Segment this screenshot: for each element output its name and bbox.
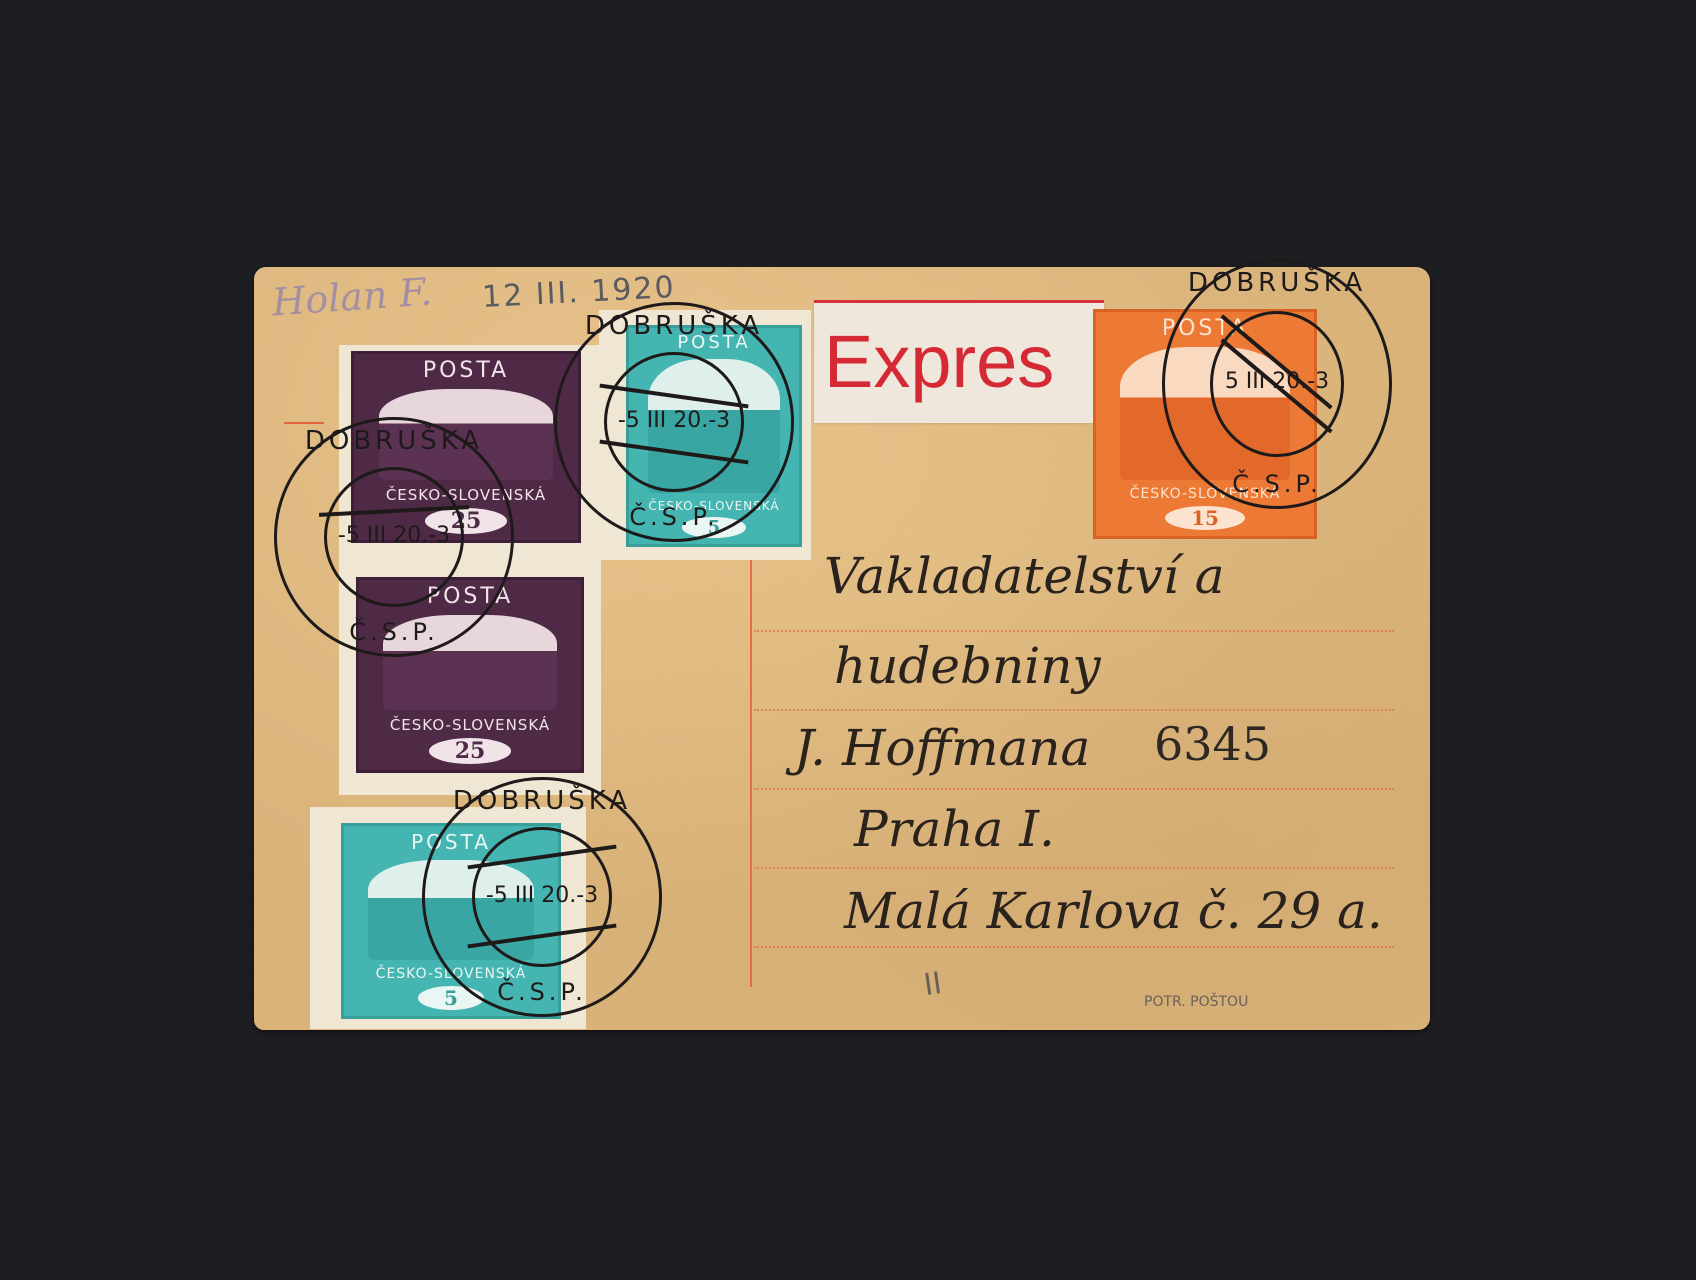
- address-line-5: Malá Karlova č. 29 a.: [844, 882, 1383, 940]
- express-label-text: Expres: [824, 319, 1054, 404]
- postmark-date: -5 III 20.-3: [425, 883, 659, 908]
- address-rule: [754, 788, 1394, 790]
- postmark-country: Č.S.P.: [557, 503, 791, 531]
- postmark-town: DOBRUŠKA: [557, 311, 791, 341]
- postmark-date: -5 III 20.-3: [277, 523, 511, 548]
- pencil-note-name: Holan F.: [271, 269, 434, 324]
- postmark-circle: DOBRUŠKA -5 III 20.-3 Č.S.P.: [554, 302, 794, 542]
- overprint-number: 6345: [1154, 717, 1271, 771]
- pencil-roman-numeral: II: [922, 966, 944, 1003]
- postcard: Holan F. 12 III. 1920 POSTA ČESKO-SLOVEN…: [254, 267, 1430, 1030]
- indicium-value: 15: [1165, 506, 1245, 530]
- stamp-value: 25: [429, 738, 512, 764]
- orange-divider-vertical: [750, 537, 752, 987]
- address-line-1: Vakladatelství a: [824, 547, 1225, 605]
- postmark-circle: DOBRUŠKA -5 III 20.-3 Č.S.P.: [274, 417, 514, 657]
- postmark-date: 5 III 20.-3: [1165, 369, 1389, 394]
- postmark-circle: DOBRUŠKA -5 III 20.-3 Č.S.P.: [422, 777, 662, 1017]
- stamp-label-bottom: ČESKO-SLOVENSKÁ: [390, 716, 550, 734]
- address-line-3: J. Hoffmana: [794, 719, 1090, 777]
- postmark-country: Č.S.P.: [425, 978, 659, 1006]
- postmark-country: Č.S.P.: [1165, 470, 1389, 498]
- address-rule: [754, 630, 1394, 632]
- address-rule: [754, 709, 1394, 711]
- address-rule: [754, 867, 1394, 869]
- express-label: Expres: [814, 300, 1104, 423]
- postmark-town: DOBRUŠKA: [277, 426, 511, 456]
- postmark-town: DOBRUŠKA: [1165, 268, 1389, 298]
- address-rule: [754, 946, 1394, 948]
- pencil-note-bottom-right: POTR. POŠTOU: [1144, 994, 1248, 1010]
- postmark-country: Č.S.P.: [277, 618, 511, 646]
- stamp-label-top: POSTA: [423, 358, 509, 383]
- orange-rule-left: [284, 422, 324, 424]
- postmark-date: -5 III 20.-3: [557, 408, 791, 433]
- postmark-circle: DOBRUŠKA 5 III 20.-3 Č.S.P.: [1162, 259, 1392, 509]
- address-line-4: Praha I.: [854, 800, 1055, 858]
- address-line-2: hudebniny: [834, 637, 1101, 695]
- postmark-town: DOBRUŠKA: [425, 786, 659, 816]
